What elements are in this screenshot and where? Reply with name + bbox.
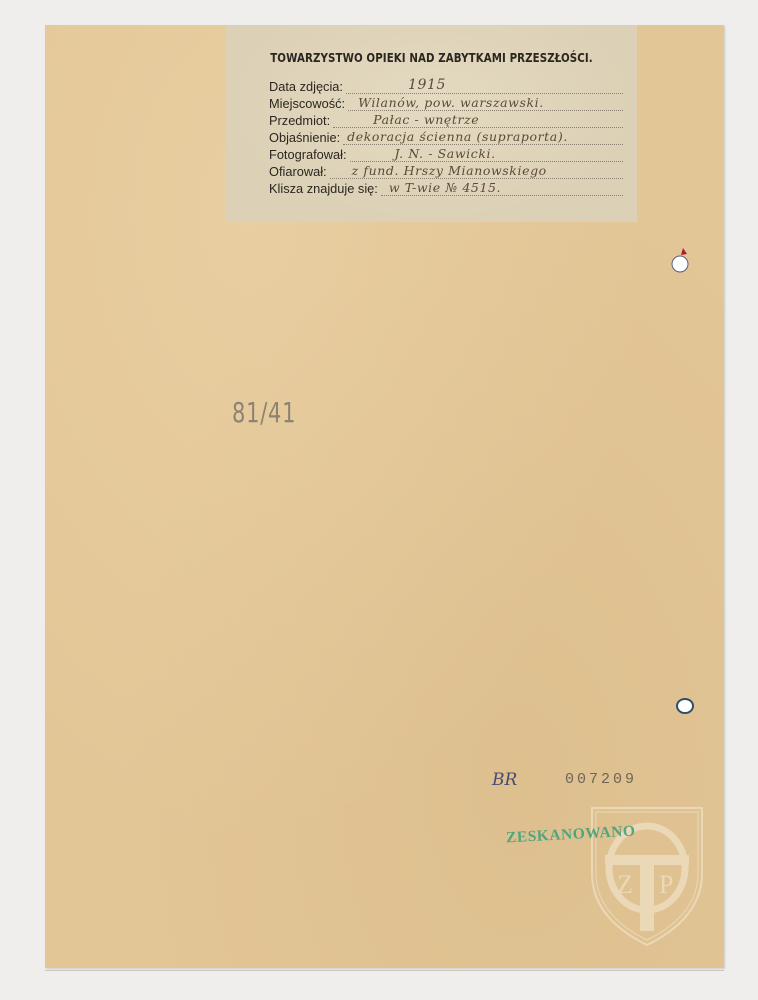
field-photographer: Fotografował: J. N. - Sawicki. <box>269 146 623 162</box>
field-description: Objaśnienie: dekoracja ścienna (suprapor… <box>269 129 623 145</box>
society-label: TOWARZYSTWO OPIEKI NAD ZABYTKAMI PRZESZŁ… <box>226 25 637 222</box>
field-photo-date: Data zdjęcia: 1915 <box>269 78 623 94</box>
field-value: J. N. - Sawicki. <box>395 146 496 161</box>
field-negative-location: Klisza znajduje się: w T-wie № 4515. <box>269 180 623 196</box>
field-key: Data zdjęcia: <box>269 80 346 94</box>
serial-number-stamp: 007209 <box>565 771 637 788</box>
fold-line <box>45 970 724 971</box>
field-subject: Przedmiot: Pałac - wnętrze <box>269 112 623 128</box>
br-handwritten-mark: BR <box>492 770 517 790</box>
paper-hole-icon <box>669 245 693 275</box>
svg-text:P: P <box>659 870 673 899</box>
field-donor: Ofiarował: z fund. Hrszy Mianowskiego <box>269 163 623 179</box>
field-value: w T-wie № 4515. <box>389 180 501 195</box>
field-key: Klisza znajduje się: <box>269 182 381 196</box>
pencil-inventory-number: 81/41 <box>232 396 296 429</box>
field-value: z fund. Hrszy Mianowskiego <box>352 163 547 178</box>
field-key: Objaśnienie: <box>269 131 343 145</box>
field-value: 1915 <box>408 77 446 93</box>
field-key: Ofiarował: <box>269 165 330 179</box>
field-location: Miejscowość: Wilanów, pow. warszawski. <box>269 95 623 111</box>
field-key: Fotografował: <box>269 148 350 162</box>
paper-hole-icon <box>673 690 697 720</box>
field-value: dekoracja ścienna (supraporta). <box>347 129 568 144</box>
svg-text:Z: Z <box>617 870 633 899</box>
field-value: Wilanów, pow. warszawski. <box>358 95 544 110</box>
label-title: TOWARZYSTWO OPIEKI NAD ZABYTKAMI PRZESZŁ… <box>263 50 600 65</box>
field-value: Pałac - wnętrze <box>373 112 479 127</box>
field-key: Miejscowość: <box>269 97 348 111</box>
field-key: Przedmiot: <box>269 114 333 128</box>
